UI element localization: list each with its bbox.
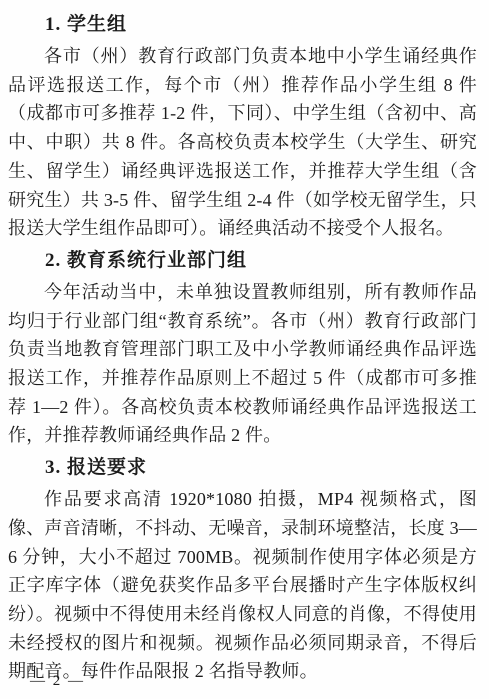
page-footer: — 2 — bbox=[30, 673, 85, 690]
section-education-system-group: 2. 教育系统行业部门组 今年活动当中，未单独设置教师组别，所有教师作品均归于行… bbox=[8, 246, 477, 450]
section-1-heading: 1. 学生组 bbox=[8, 10, 477, 40]
section-2-heading: 2. 教育系统行业部门组 bbox=[8, 246, 477, 276]
section-submission-requirements: 3. 报送要求 作品要求高清 1920*1080 拍摄，MP4 视频格式，图像、… bbox=[8, 453, 477, 686]
section-2-paragraph: 今年活动当中，未单独设置教师组别，所有教师作品均归于行业部门组“教育系统”。各市… bbox=[8, 278, 477, 450]
section-student-group: 1. 学生组 各市（州）教育行政部门负责本地中小学生诵经典作品评选报送工作，每个… bbox=[8, 10, 477, 243]
section-3-heading: 3. 报送要求 bbox=[8, 453, 477, 483]
section-1-paragraph: 各市（州）教育行政部门负责本地中小学生诵经典作品评选报送工作，每个市（州）推荐作… bbox=[8, 42, 477, 243]
section-3-paragraph: 作品要求高清 1920*1080 拍摄，MP4 视频格式，图像、声音清晰，不抖动… bbox=[8, 485, 477, 686]
page-number: — 2 — bbox=[30, 673, 85, 689]
document-page: 1. 学生组 各市（州）教育行政部门负责本地中小学生诵经典作品评选报送工作，每个… bbox=[0, 0, 489, 699]
